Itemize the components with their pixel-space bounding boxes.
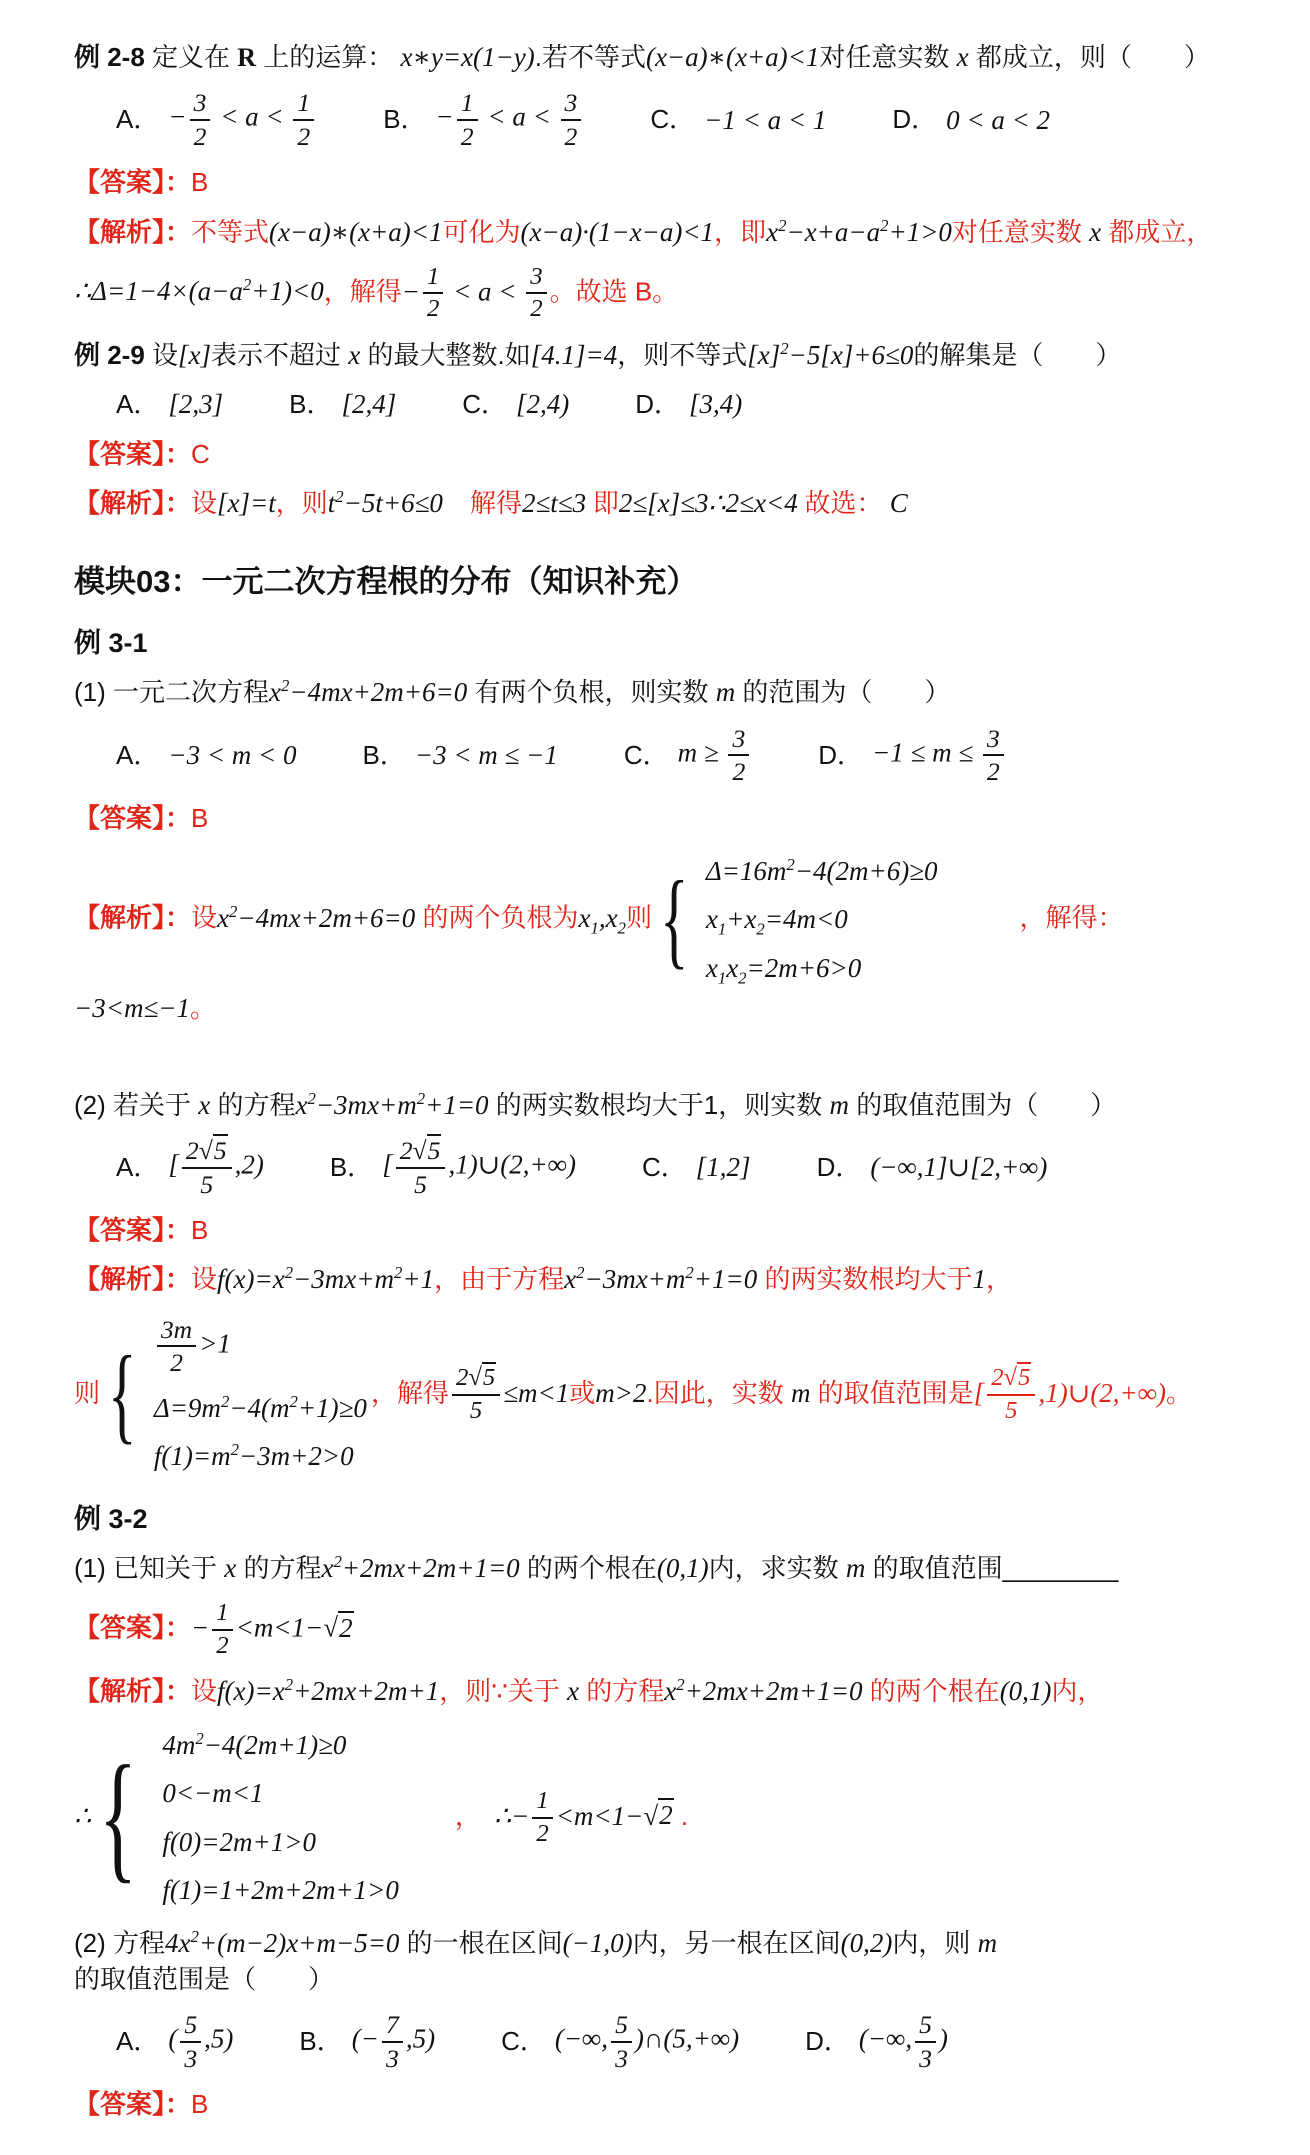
text-run: 内， — [1051, 1676, 1103, 1706]
text-run: 0 < a < 2 — [946, 105, 1050, 135]
question-2-8: 例 2-8 定义在 R 上的运算： x∗y=x(1−y).若不等式(x−a)∗(… — [74, 39, 1254, 75]
options-2-8: A．−32 < a < 12B．−12 < a < 32C．−1 < a < 1… — [74, 88, 1254, 151]
text-run: [ — [974, 1378, 985, 1408]
text-run: − — [168, 102, 186, 132]
fraction-denominator: 2 — [530, 294, 542, 323]
text-run: 可化为 — [442, 217, 520, 247]
text-run: 对任意实数 — [952, 217, 1089, 247]
fraction-denominator: 2 — [216, 1631, 228, 1660]
text-run: 解得 — [397, 1378, 449, 1408]
option-value: −3 < m < 0 — [168, 737, 296, 773]
option-label: C． — [624, 738, 669, 773]
text-run: 的最大整数.如 — [360, 340, 530, 370]
text-run: <m<1−√2 — [556, 1798, 674, 1830]
analysis-3-2-1-line2: ∴{4m2−4(2m+1)≥00<−m<1f(0)=2m+1>0f(1)=1+2… — [74, 1723, 1254, 1913]
text-run: 【答案】： — [74, 803, 191, 833]
radicand: 5 — [427, 1134, 442, 1165]
option-B: B．−12 < a < 32 — [383, 88, 584, 151]
text-run: (−1,0) — [563, 1928, 633, 1958]
sqrt: √5 — [468, 1362, 496, 1391]
text-run: − — [191, 1613, 209, 1643]
text-run: 的两个根在 — [862, 1676, 999, 1706]
text-run: 的取值范围________ — [865, 1553, 1118, 1583]
superscript: 2 — [229, 902, 237, 921]
text-run: 内，另一根在区间 — [633, 1928, 841, 1958]
superscript: 2 — [417, 1089, 425, 1108]
fraction-numerator: 1 — [293, 88, 314, 121]
superscript: 2 — [676, 1675, 684, 1694]
text-run: − — [402, 276, 420, 306]
radicand: 2 — [658, 1798, 674, 1830]
text-run: −3 < m < 0 — [168, 740, 296, 770]
superscript: 2 — [285, 1675, 293, 1694]
text-run: ( — [168, 2024, 177, 2054]
text-run: −1 ≤ m ≤ — [872, 738, 980, 768]
text-run: (x−a)∗(x+a)<1 — [269, 217, 442, 247]
text-run: 的取值范围是 — [810, 1378, 973, 1408]
text-run: 4m2−4(2m+1)≥0 — [162, 1730, 346, 1760]
text-run: m ≥ — [678, 738, 726, 768]
option-label: B． — [363, 738, 406, 773]
option-label: C． — [642, 1150, 687, 1185]
superscript: 2 — [281, 676, 289, 695]
radicand: 2 — [338, 1611, 354, 1643]
option-D: D．−1 ≤ m ≤ 32 — [818, 724, 1006, 787]
fraction-numerator: 3 — [983, 724, 1004, 757]
text-run: (−∞, — [555, 2024, 608, 2054]
text-run: x — [567, 1676, 579, 1706]
text-run: m>2 — [595, 1378, 646, 1408]
text-run: [1,2] — [696, 1152, 751, 1182]
text-run: 2≤[x]≤3∴2≤x<4 — [619, 488, 805, 518]
superscript: 2 — [307, 1089, 315, 1108]
radicand: 5 — [482, 1362, 496, 1391]
fraction: 3m2 — [157, 1315, 196, 1378]
text-run: x2+2mx+2m+1=0 — [664, 1676, 862, 1706]
text-run: x2−4mx+2m+6=0 — [217, 903, 415, 933]
superscript: 2 — [231, 1440, 239, 1459]
analysis-2-8-line1: 【解析】：不等式(x−a)∗(x+a)<1可化为(x−a)·(1−x−a)<1，… — [74, 214, 1254, 250]
text-run: (1) 一元二次方程 — [74, 677, 269, 707]
text-run: ) — [939, 2024, 948, 2054]
option-D: D．[3,4) — [635, 386, 742, 422]
fraction-denominator: 2 — [194, 121, 207, 152]
answer-2-9: 【答案】：C — [74, 437, 1254, 472]
text-run: 有两个负根，则实数 — [467, 677, 715, 707]
answer-3-2-2: 【答案】：B — [74, 2087, 1254, 2122]
fraction: 32 — [983, 724, 1004, 787]
text-run: x1,x2 — [579, 903, 626, 933]
option-label: D． — [805, 2024, 850, 2059]
text-run: 的范围为（ ） — [735, 677, 950, 707]
text-run: 。 — [190, 993, 216, 1023]
text-run: x1+x2=4m<0 — [706, 904, 848, 934]
options-3-1-2: A．[2√55,2)B．[2√55,1)∪(2,+∞)C．[1,2]D．(−∞,… — [74, 1136, 1254, 1199]
superscript: 2 — [333, 1552, 341, 1571]
text-run: f(x)=x2−3mx+m2+1 — [217, 1264, 434, 1294]
fraction-numerator: 5 — [180, 2010, 201, 2043]
fraction-denominator: 2 — [297, 121, 310, 152]
option-C: C．m ≥ 32 — [624, 724, 752, 787]
text-run: 表示不超过 — [211, 340, 348, 370]
option-label: C． — [650, 102, 695, 137]
subscript: 1 — [590, 918, 598, 937]
subscript: 1 — [718, 968, 726, 987]
text-run: 【解析】： — [74, 217, 191, 247]
text-run: [ — [168, 1150, 179, 1180]
text-run: 的解集是（ ） — [913, 340, 1121, 370]
text-run: . — [674, 1800, 688, 1830]
option-B: B．[2,4] — [289, 386, 396, 422]
text-run: x∗y=x(1−y) — [401, 42, 535, 72]
option-value: 0 < a < 2 — [946, 102, 1050, 138]
fraction-numerator: 2√5 — [452, 1364, 500, 1395]
text-run: ，解得 — [324, 276, 402, 306]
text-run: B — [191, 167, 208, 197]
text-run: B — [191, 803, 208, 833]
option-label: C． — [501, 2024, 546, 2059]
text-run: ， — [986, 1264, 1012, 1294]
text-run: f(1)=1+2m+2m+1>0 — [162, 1875, 399, 1905]
option-value: [3,4) — [689, 386, 742, 422]
worksheet-page: 例 2-8 定义在 R 上的运算： x∗y=x(1−y).若不等式(x−a)∗(… — [0, 0, 1310, 2155]
text-run: (1) 已知关于 — [74, 1553, 224, 1583]
superscript: 2 — [778, 216, 786, 235]
text-run: ≤m<1 — [503, 1378, 569, 1408]
option-label: A． — [116, 1150, 159, 1185]
text-run: [2,3] — [168, 389, 223, 419]
text-run: 则 — [626, 903, 652, 933]
fraction: 12 — [212, 1599, 232, 1660]
text-run: 【解析】： — [74, 903, 191, 933]
option-value: −1 < a < 1 — [704, 102, 826, 138]
text-run: − — [436, 102, 454, 132]
option-value: (−∞,53) — [859, 2010, 948, 2073]
radical-sign: √ — [199, 1136, 213, 1165]
fraction: 73 — [382, 2010, 403, 2073]
option-value: m ≥ 32 — [678, 724, 753, 787]
example-3-1-heading: 例 3-1 — [74, 625, 1254, 661]
text-run: x1x2=2m+6>0 — [706, 953, 861, 983]
fraction: 2√55 — [182, 1136, 232, 1199]
system-line: f(0)=2m+1>0 — [162, 1824, 399, 1860]
subscript: 2 — [756, 920, 764, 939]
analysis-2-9: 【解析】：设[x]=t，则t2−5t+6≤0 解得2≤t≤3 即2≤[x]≤3∴… — [74, 485, 1254, 521]
subscript: 2 — [618, 918, 626, 937]
option-A: A．−32 < a < 12 — [116, 88, 317, 151]
text-run: (2) 方程 — [74, 1928, 165, 1958]
text-run: 定义在 — [152, 42, 237, 72]
option-label: A． — [116, 387, 159, 422]
text-run: 则 — [74, 1378, 100, 1408]
text-run: [2,4] — [341, 389, 396, 419]
option-value: (−∞,1]∪[2,+∞) — [870, 1149, 1047, 1185]
sqrt: √5 — [1004, 1362, 1032, 1391]
fraction-denominator: 5 — [414, 1169, 427, 1200]
text-run: ,1)∪(2,+∞) — [1038, 1378, 1166, 1408]
system-lines: 4m2−4(2m+1)≥00<−m<1f(0)=2m+1>0f(1)=1+2m+… — [162, 1727, 399, 1909]
equation-system: {4m2−4(2m+1)≥00<−m<1f(0)=2m+1>0f(1)=1+2m… — [99, 1727, 399, 1909]
text-run: 1 — [972, 1264, 986, 1294]
text-run: ∴Δ=1−4×(a−a2+1)<0 — [74, 276, 324, 306]
text-run: B — [191, 1215, 208, 1245]
superscript: 2 — [221, 1392, 229, 1411]
text-run: 的两个根在 — [520, 1553, 657, 1583]
text-run: m — [846, 1553, 866, 1583]
option-C: C．(−∞,53)∩(5,+∞) — [501, 2010, 739, 2073]
option-value: [2,3] — [168, 386, 223, 422]
fraction: 12 — [423, 263, 443, 324]
system-line: 0<−m<1 — [162, 1775, 399, 1811]
text-run: ，则 — [276, 488, 328, 518]
text-run: 设 — [191, 488, 217, 518]
option-B: B．−3 < m ≤ −1 — [363, 737, 558, 773]
text-run: [x]=t — [217, 488, 276, 518]
option-A: A．(53,5) — [116, 2010, 233, 2073]
fraction-numerator: 1 — [532, 1787, 552, 1818]
system-line: Δ=9m2−4(m2+1)≥0 — [154, 1390, 367, 1426]
fraction: 2√55 — [396, 1136, 446, 1199]
option-C: C．[2,4) — [462, 386, 569, 422]
text-run: (x−a)∗(x+a)<1 — [646, 42, 819, 72]
question-3-2-1: (1) 已知关于 x 的方程x2+2mx+2m+1=0 的两个根在(0,1)内，… — [74, 1550, 1254, 1586]
question-3-2-2: (2) 方程4x2+(m−2)x+m−5=0 的一根在区间(−1,0)内，另一根… — [74, 1925, 1254, 1997]
fraction-numerator: 3m — [157, 1315, 196, 1348]
text-run: C — [191, 439, 210, 469]
text-run: ， — [371, 1378, 397, 1408]
text-run: x2−4mx+2m+6=0 — [269, 677, 467, 707]
option-value: −1 ≤ m ≤ 32 — [872, 724, 1007, 787]
fraction-denominator: 2 — [536, 1819, 548, 1848]
question-3-1-2: (2) 若关于 x 的方程x2−3mx+m2+1=0 的两实数根均大于1，则实数… — [74, 1087, 1254, 1123]
system-line: Δ=16m2−4(2m+6)≥0 — [706, 853, 938, 889]
text-run: (2) 若关于 — [74, 1090, 198, 1120]
system-brace: { — [660, 874, 689, 966]
text-run: (0,2) — [841, 1928, 893, 1958]
fraction: 32 — [728, 724, 749, 787]
text-run: 。 — [1166, 1378, 1192, 1408]
text-run: 故选： — [804, 488, 889, 518]
option-label: D． — [892, 102, 937, 137]
answer-3-2-1: 【答案】：−12<m<1−√2 — [74, 1599, 1254, 1660]
fraction: 2√55 — [452, 1364, 500, 1425]
radical-sign: √ — [643, 1800, 658, 1830]
fraction-denominator: 2 — [461, 121, 474, 152]
text-run: 对任意实数 — [819, 42, 956, 72]
text-run: 内，则 — [892, 1928, 977, 1958]
option-label: A． — [116, 2024, 159, 2059]
superscript: 2 — [290, 1392, 298, 1411]
text-run: ,2) — [235, 1150, 264, 1180]
text-run: Δ=9m2−4(m2+1)≥0 — [154, 1393, 367, 1423]
answer-2-8: 【答案】：B — [74, 165, 1254, 200]
text-run: f(0)=2m+1>0 — [162, 1827, 316, 1857]
superscript: 2 — [880, 216, 888, 235]
analysis-3-2-1-line1: 【解析】：设f(x)=x2+2mx+2m+1，则∵关于 x 的方程x2+2mx+… — [74, 1673, 1254, 1709]
superscript: 2 — [685, 1263, 693, 1282]
fraction: 32 — [561, 88, 582, 151]
text-run: < a < — [446, 276, 523, 306]
answer-3-1-2: 【答案】：B — [74, 1213, 1254, 1248]
sqrt: √5 — [413, 1134, 442, 1165]
fraction-denominator: 2 — [732, 756, 745, 787]
radical-sign: √ — [323, 1613, 338, 1643]
option-value: (53,5) — [168, 2010, 233, 2073]
text-run: −1 < a < 1 — [704, 105, 826, 135]
fraction: 12 — [532, 1787, 552, 1848]
text-run: 【答案】： — [74, 2089, 191, 2119]
option-value: (−∞,53)∩(5,+∞) — [555, 2010, 739, 2073]
fraction-denominator: 3 — [615, 2043, 628, 2074]
text-run: [x]2−5[x]+6≤0 — [747, 340, 913, 370]
text-run: f(x)=x2+2mx+2m+1 — [217, 1676, 439, 1706]
text-run: 【解析】： — [74, 1264, 191, 1294]
superscript: 2 — [780, 339, 788, 358]
text-run: x2−3mx+m2+1=0 — [564, 1264, 757, 1294]
text-run: 的取值范围是（ ） — [74, 1964, 334, 1994]
question-2-9: 例 2-9 设[x]表示不超过 x 的最大整数.如[4.1]=4，则不等式[x]… — [74, 337, 1254, 373]
system-line: x1+x2=4m<0 — [706, 901, 938, 937]
fraction-denominator: 3 — [919, 2043, 932, 2074]
fraction-numerator: 3 — [728, 724, 749, 757]
fraction-numerator: 2√5 — [987, 1364, 1035, 1395]
text-run: −3<m≤−1 — [74, 993, 190, 1023]
text-run: 设 — [191, 1264, 217, 1294]
system-line: x1x2=2m+6>0 — [706, 950, 938, 986]
analysis-3-1-2-line2: 则{3m2>1Δ=9m2−4(m2+1)≥0f(1)=m2−3m+2>0，解得2… — [74, 1311, 1254, 1479]
option-A: A．−3 < m < 0 — [116, 737, 297, 773]
fraction-denominator: 3 — [386, 2043, 399, 2074]
text-run: m — [791, 1378, 811, 1408]
system-line: 4m2−4(2m+1)≥0 — [162, 1727, 399, 1763]
option-value: [2,4] — [341, 386, 396, 422]
text-run: 的两个负根为 — [415, 903, 578, 933]
superscript: 2 — [285, 1263, 293, 1282]
subscript: 2 — [738, 968, 746, 987]
fraction: 53 — [915, 2010, 936, 2073]
text-run: x2+2mx+2m+1=0 — [321, 1553, 519, 1583]
text-run: 的一根在区间 — [399, 1928, 562, 1958]
option-label: D． — [818, 738, 863, 773]
option-D: D．0 < a < 2 — [892, 102, 1050, 138]
radicand: 5 — [213, 1134, 228, 1165]
text-run: >1 — [199, 1328, 231, 1358]
text-run: 的两实数根均大于 — [757, 1264, 972, 1294]
text-run: 例 2-9 — [74, 340, 152, 370]
fraction-numerator: 1 — [457, 88, 478, 121]
fraction: 32 — [190, 88, 211, 151]
fraction-denominator: 2 — [565, 121, 578, 152]
option-label: B． — [383, 102, 426, 137]
fraction: 12 — [457, 88, 478, 151]
text-run: 的两实数根均大于1，则实数 — [489, 1090, 830, 1120]
options-3-2-2: A．(53,5)B．(−73,5)C．(−∞,53)∩(5,+∞)D．(−∞,5… — [74, 2010, 1254, 2073]
option-label: C． — [462, 387, 507, 422]
text-run: x — [198, 1090, 210, 1120]
text-run: 都成立，则（ ） — [969, 42, 1210, 72]
fraction: 53 — [611, 2010, 632, 2073]
text-run: 的方程 — [579, 1676, 664, 1706]
text-run: (0,1) — [657, 1553, 709, 1583]
text-run: B — [191, 2089, 208, 2119]
fraction-numerator: 3 — [561, 88, 582, 121]
text-run: 上的运算： — [256, 42, 400, 72]
superscript: 2 — [394, 1263, 402, 1282]
module-03-heading: 模块03：一元二次方程根的分布（知识补充） — [74, 561, 1254, 603]
option-label: A． — [116, 102, 159, 137]
text-run: [2,4) — [516, 389, 569, 419]
option-C: C．−1 < a < 1 — [650, 102, 826, 138]
text-run: ∴− — [494, 1800, 529, 1830]
text-run: 0<−m<1 — [162, 1778, 263, 1808]
text-run: (−∞,1]∪[2,+∞) — [870, 1152, 1047, 1182]
system-lines: 3m2>1Δ=9m2−4(m2+1)≥0f(1)=m2−3m+2>0 — [154, 1315, 367, 1475]
text-run: x2−3mx+m2+1=0 — [295, 1090, 488, 1120]
option-label: D． — [817, 1150, 862, 1185]
system-line: 3m2>1 — [154, 1315, 367, 1378]
option-value: −3 < m ≤ −1 — [415, 737, 558, 773]
text-run: (− — [352, 2024, 379, 2054]
text-run: ∴ — [74, 1800, 91, 1830]
option-label: B． — [299, 2024, 342, 2059]
text-run: )∩(5,+∞) — [635, 2024, 739, 2054]
spacer-1 — [74, 1040, 1254, 1074]
radicand: 5 — [1017, 1362, 1031, 1391]
option-B: B．(−73,5) — [299, 2010, 435, 2073]
sqrt: √5 — [199, 1134, 228, 1165]
text-run: [ — [382, 1150, 393, 1180]
text-run: ，由于方程 — [434, 1264, 564, 1294]
fraction-numerator: 1 — [212, 1599, 232, 1630]
text-run — [942, 903, 1020, 933]
option-value: −12 < a < 32 — [436, 88, 585, 151]
analysis-3-1-2-line1: 【解析】：设f(x)=x2−3mx+m2+1，由于方程x2−3mx+m2+1=0… — [74, 1261, 1254, 1297]
option-A: A．[2,3] — [116, 386, 223, 422]
text-run: 【答案】： — [74, 1613, 191, 1643]
fraction-denominator: 5 — [1005, 1396, 1017, 1425]
fraction-numerator: 3 — [190, 88, 211, 121]
fraction-denominator: 2 — [170, 1347, 183, 1378]
text-run: <m<1−√2 — [236, 1611, 354, 1643]
fraction-numerator: 2√5 — [396, 1136, 446, 1169]
system-brace: { — [99, 1756, 137, 1878]
text-run: 【答案】： — [74, 439, 191, 469]
text-run: ,5) — [204, 2024, 233, 2054]
option-value: [2,4) — [516, 386, 569, 422]
text-run: ，即 — [714, 217, 766, 247]
sqrt: √2 — [323, 1611, 353, 1643]
subscript: 1 — [718, 920, 726, 939]
superscript: 2 — [786, 855, 794, 874]
text-run: 的方程 — [210, 1090, 295, 1120]
option-label: D． — [635, 387, 680, 422]
text-run: 都成立， — [1101, 217, 1212, 247]
analysis-3-1-1: 【解析】：设x2−4mx+2m+6=0 的两个负根为x1,x2则{Δ=16m2−… — [74, 849, 1254, 1027]
text-run: 即 — [593, 488, 619, 518]
answer-3-1-1: 【答案】：B — [74, 801, 1254, 836]
text-run: (−∞, — [859, 2024, 912, 2054]
text-run: 设 — [152, 340, 178, 370]
fraction-denominator: 3 — [184, 2043, 197, 2074]
superscript: 2 — [335, 487, 343, 506]
text-run: 的取值范围为（ ） — [849, 1090, 1116, 1120]
text-run: 内，求实数 — [709, 1553, 846, 1583]
text-run: .若不等式 — [535, 42, 646, 72]
text-run: 。故选 B。 — [550, 276, 679, 306]
fraction-denominator: 2 — [427, 294, 439, 323]
text-run: 设 — [191, 1676, 217, 1706]
option-D: D．(−∞,53) — [805, 2010, 948, 2073]
